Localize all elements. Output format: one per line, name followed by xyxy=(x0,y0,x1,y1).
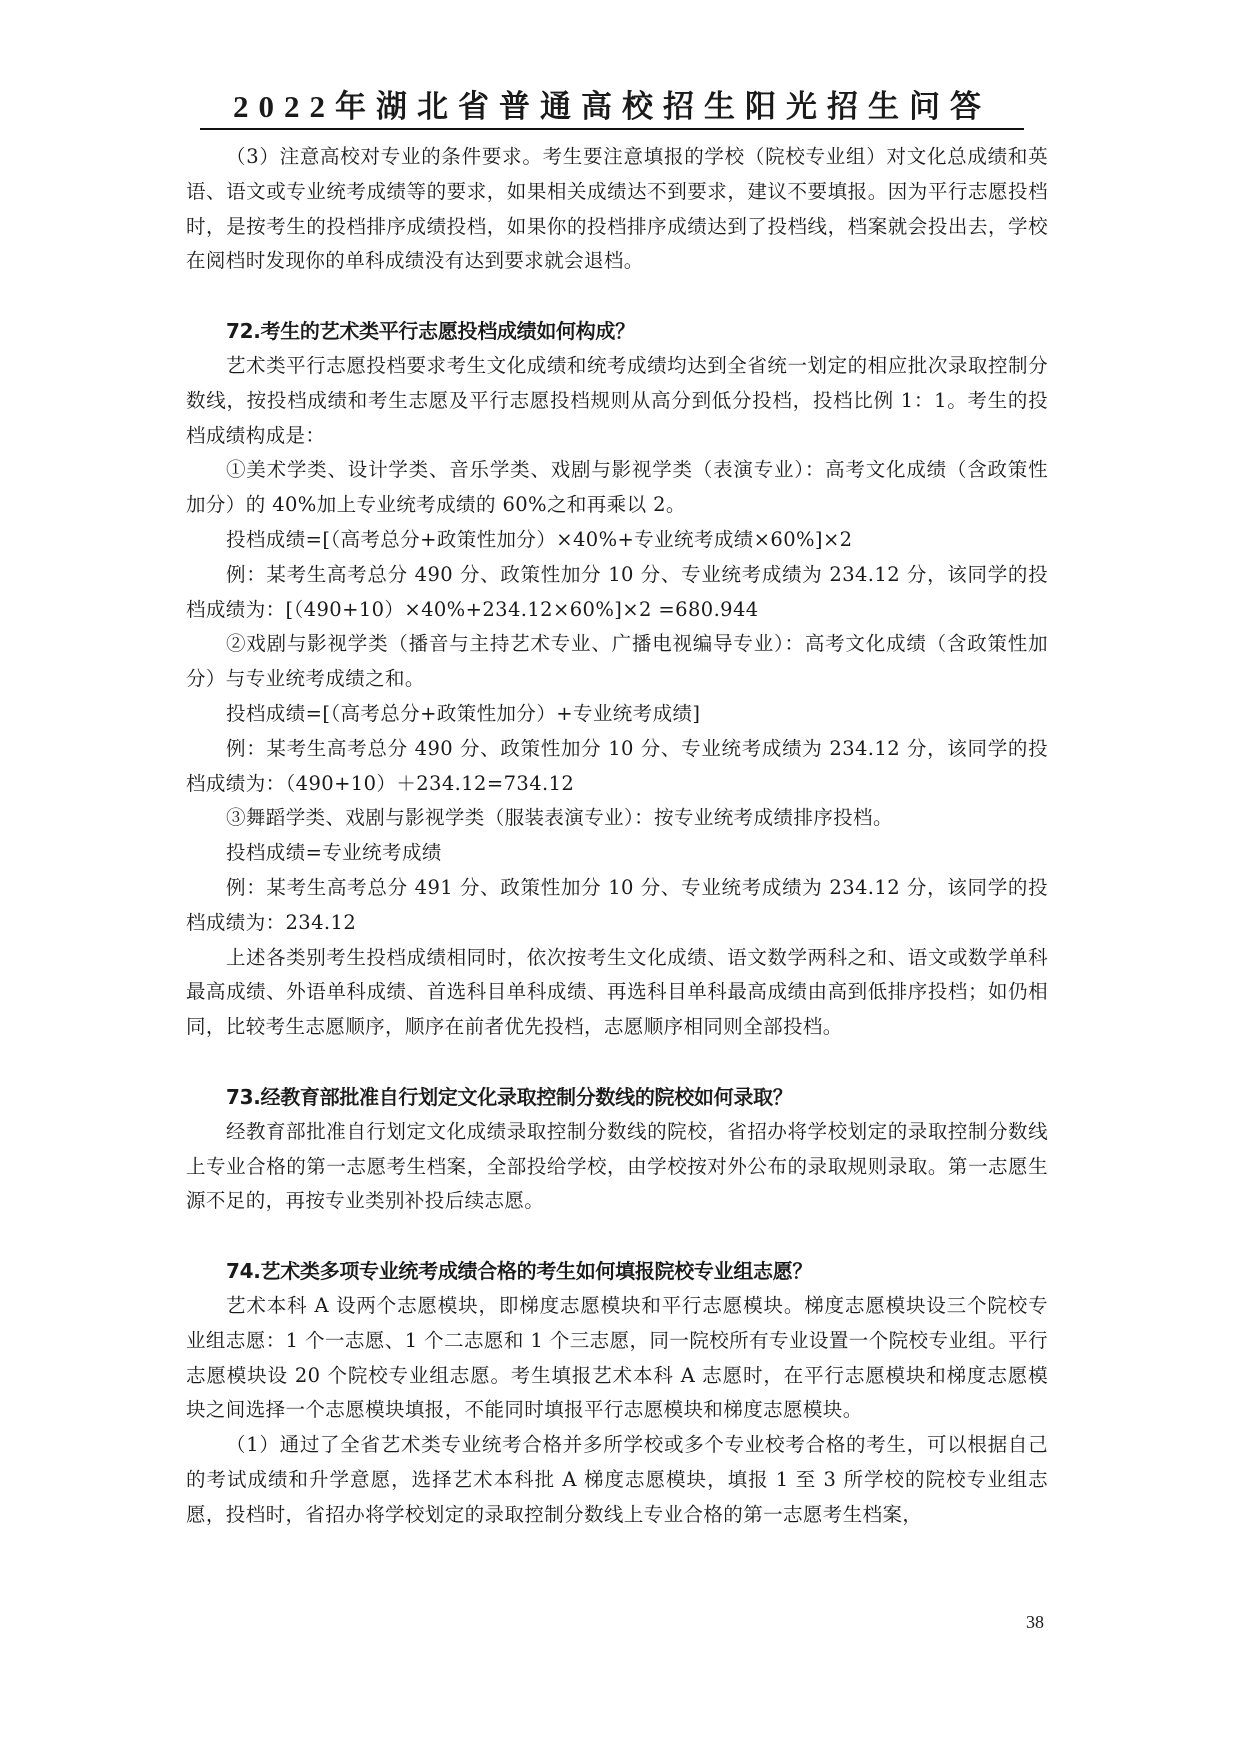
paragraph-category-2: ②戏剧与影视学类（播音与主持艺术专业、广播电视编导专业）：高考文化成绩（含政策性… xyxy=(186,627,1048,697)
example-3: 例：某考生高考总分 491 分、政策性加分 10 分、专业统考成绩为 234.1… xyxy=(186,871,1048,941)
question-74-heading: 74.艺术类多项专业统考成绩合格的考生如何填报院校专业组志愿？ xyxy=(186,1254,1048,1289)
formula-3: 投档成绩=专业统考成绩 xyxy=(186,836,1048,871)
section-gap xyxy=(186,279,1048,314)
paragraph-note-3: （3）注意高校对专业的条件要求。考生要注意填报的学校（院校专业组）对文化总成绩和… xyxy=(186,140,1048,279)
example-2: 例：某考生高考总分 490 分、政策性加分 10 分、专业统考成绩为 234.1… xyxy=(186,732,1048,802)
paragraph-category-1: ①美术学类、设计学类、音乐学类、戏剧与影视学类（表演专业）：高考文化成绩（含政策… xyxy=(186,453,1048,523)
example-1: 例：某考生高考总分 490 分、政策性加分 10 分、专业统考成绩为 234.1… xyxy=(186,558,1048,628)
formula-2: 投档成绩=[（高考总分+政策性加分）+专业统考成绩] xyxy=(186,697,1048,732)
question-72-heading: 72.考生的艺术类平行志愿投档成绩如何构成？ xyxy=(186,314,1048,349)
paragraph-category-3: ③舞蹈学类、戏剧与影视学类（服装表演专业）：按专业统考成绩排序投档。 xyxy=(186,801,1048,836)
section-gap xyxy=(186,1045,1048,1080)
section-gap xyxy=(186,1219,1048,1254)
paragraph-item-1: （1）通过了全省艺术类专业统考合格并多所学校或多个专业校考合格的考生，可以根据自… xyxy=(186,1428,1048,1532)
paragraph-tie-break: 上述各类别考生投档成绩相同时，依次按考生文化成绩、语文数学两科之和、语文或数学单… xyxy=(186,941,1048,1045)
page-title: 2022年湖北省普通高校招生阳光招生问答 xyxy=(200,88,1024,130)
formula-1: 投档成绩=[（高考总分+政策性加分）×40%+专业统考成绩×60%]×2 xyxy=(186,523,1048,558)
paragraph: 艺术本科 A 设两个志愿模块，即梯度志愿模块和平行志愿模块。梯度志愿模块设三个院… xyxy=(186,1289,1048,1428)
question-73-heading: 73.经教育部批准自行划定文化录取控制分数线的院校如何录取？ xyxy=(186,1080,1048,1115)
paragraph: 经教育部批准自行划定文化成绩录取控制分数线的院校，省招办将学校划定的录取控制分数… xyxy=(186,1115,1048,1219)
paragraph: 艺术类平行志愿投档要求考生文化成绩和统考成绩均达到全省统一划定的相应批次录取控制… xyxy=(186,349,1048,453)
page-number: 38 xyxy=(1026,1612,1044,1633)
document-body: （3）注意高校对专业的条件要求。考生要注意填报的学校（院校专业组）对文化总成绩和… xyxy=(186,140,1048,1532)
